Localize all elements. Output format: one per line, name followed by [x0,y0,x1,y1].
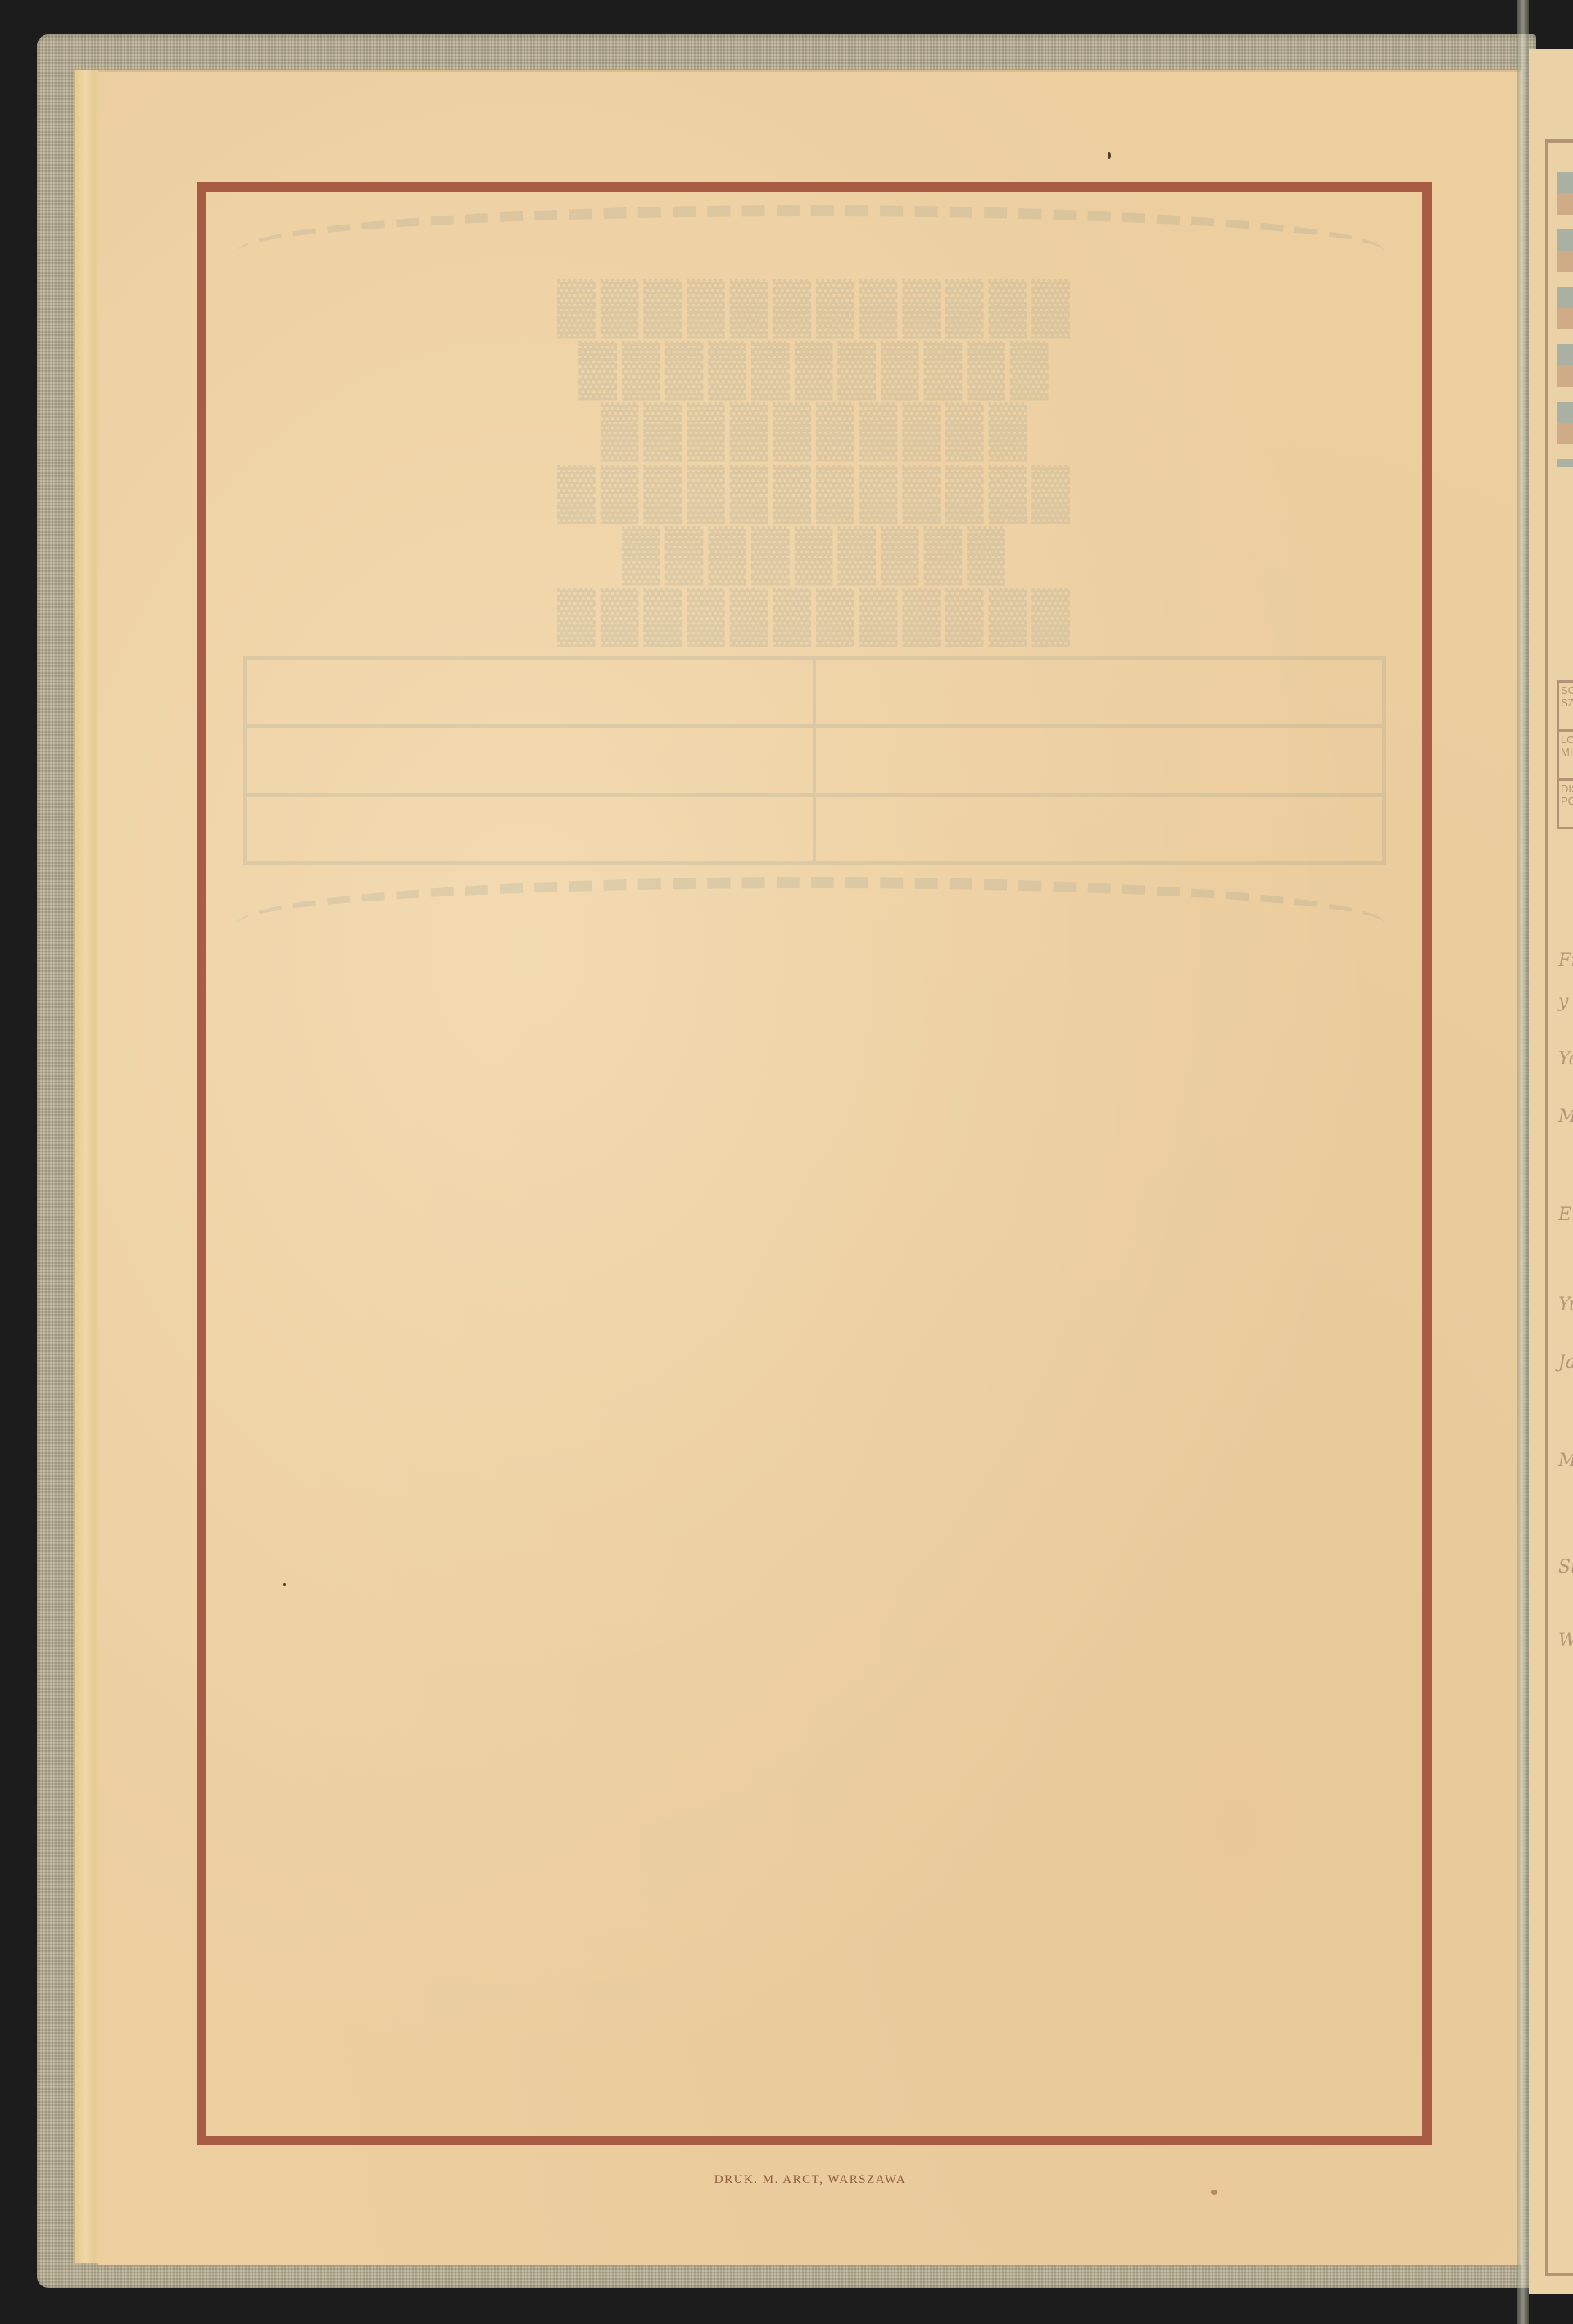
paper-speck [1108,152,1111,159]
next-page-label-box: LOC MIE [1557,729,1573,780]
book-spine-gutter [1517,0,1529,2324]
printer-imprint: DRUK. M. ARCT, WARSZAWA [98,2173,1522,2187]
next-page-sliver: SCHO SZKO LOC MIE DIST POW Fra y Yozi Ma… [1529,49,1573,2294]
paper-stain [1211,2190,1217,2195]
label-text: SCHO [1561,684,1573,697]
next-page-label-box: SCHO SZKO [1557,680,1573,731]
label-text: POW [1561,795,1573,807]
label-text: LOC [1561,733,1573,746]
label-text: MIE [1561,746,1573,758]
handwritten-name: Wl [1558,1631,1573,1651]
handwritten-name: Jani [1558,1352,1573,1373]
handwritten-name: Yozi [1558,1049,1573,1069]
next-page-ornament [1557,172,1573,467]
handwritten-name: Fra [1558,951,1573,971]
handwritten-name: Emi [1558,1205,1573,1225]
handwritten-name: Ma [1558,1106,1573,1127]
next-page-label-box: DIST POW [1557,778,1573,829]
red-border-frame [197,182,1432,2145]
handwritten-name: y [1558,992,1568,1012]
handwritten-name: Stef [1558,1557,1573,1577]
handwritten-name: Yuly [1558,1295,1573,1315]
paper-speck [283,1583,286,1586]
label-text: SZKO [1561,697,1573,709]
label-text: DIST [1561,783,1573,795]
handwritten-name: Ma [1558,1450,1573,1471]
